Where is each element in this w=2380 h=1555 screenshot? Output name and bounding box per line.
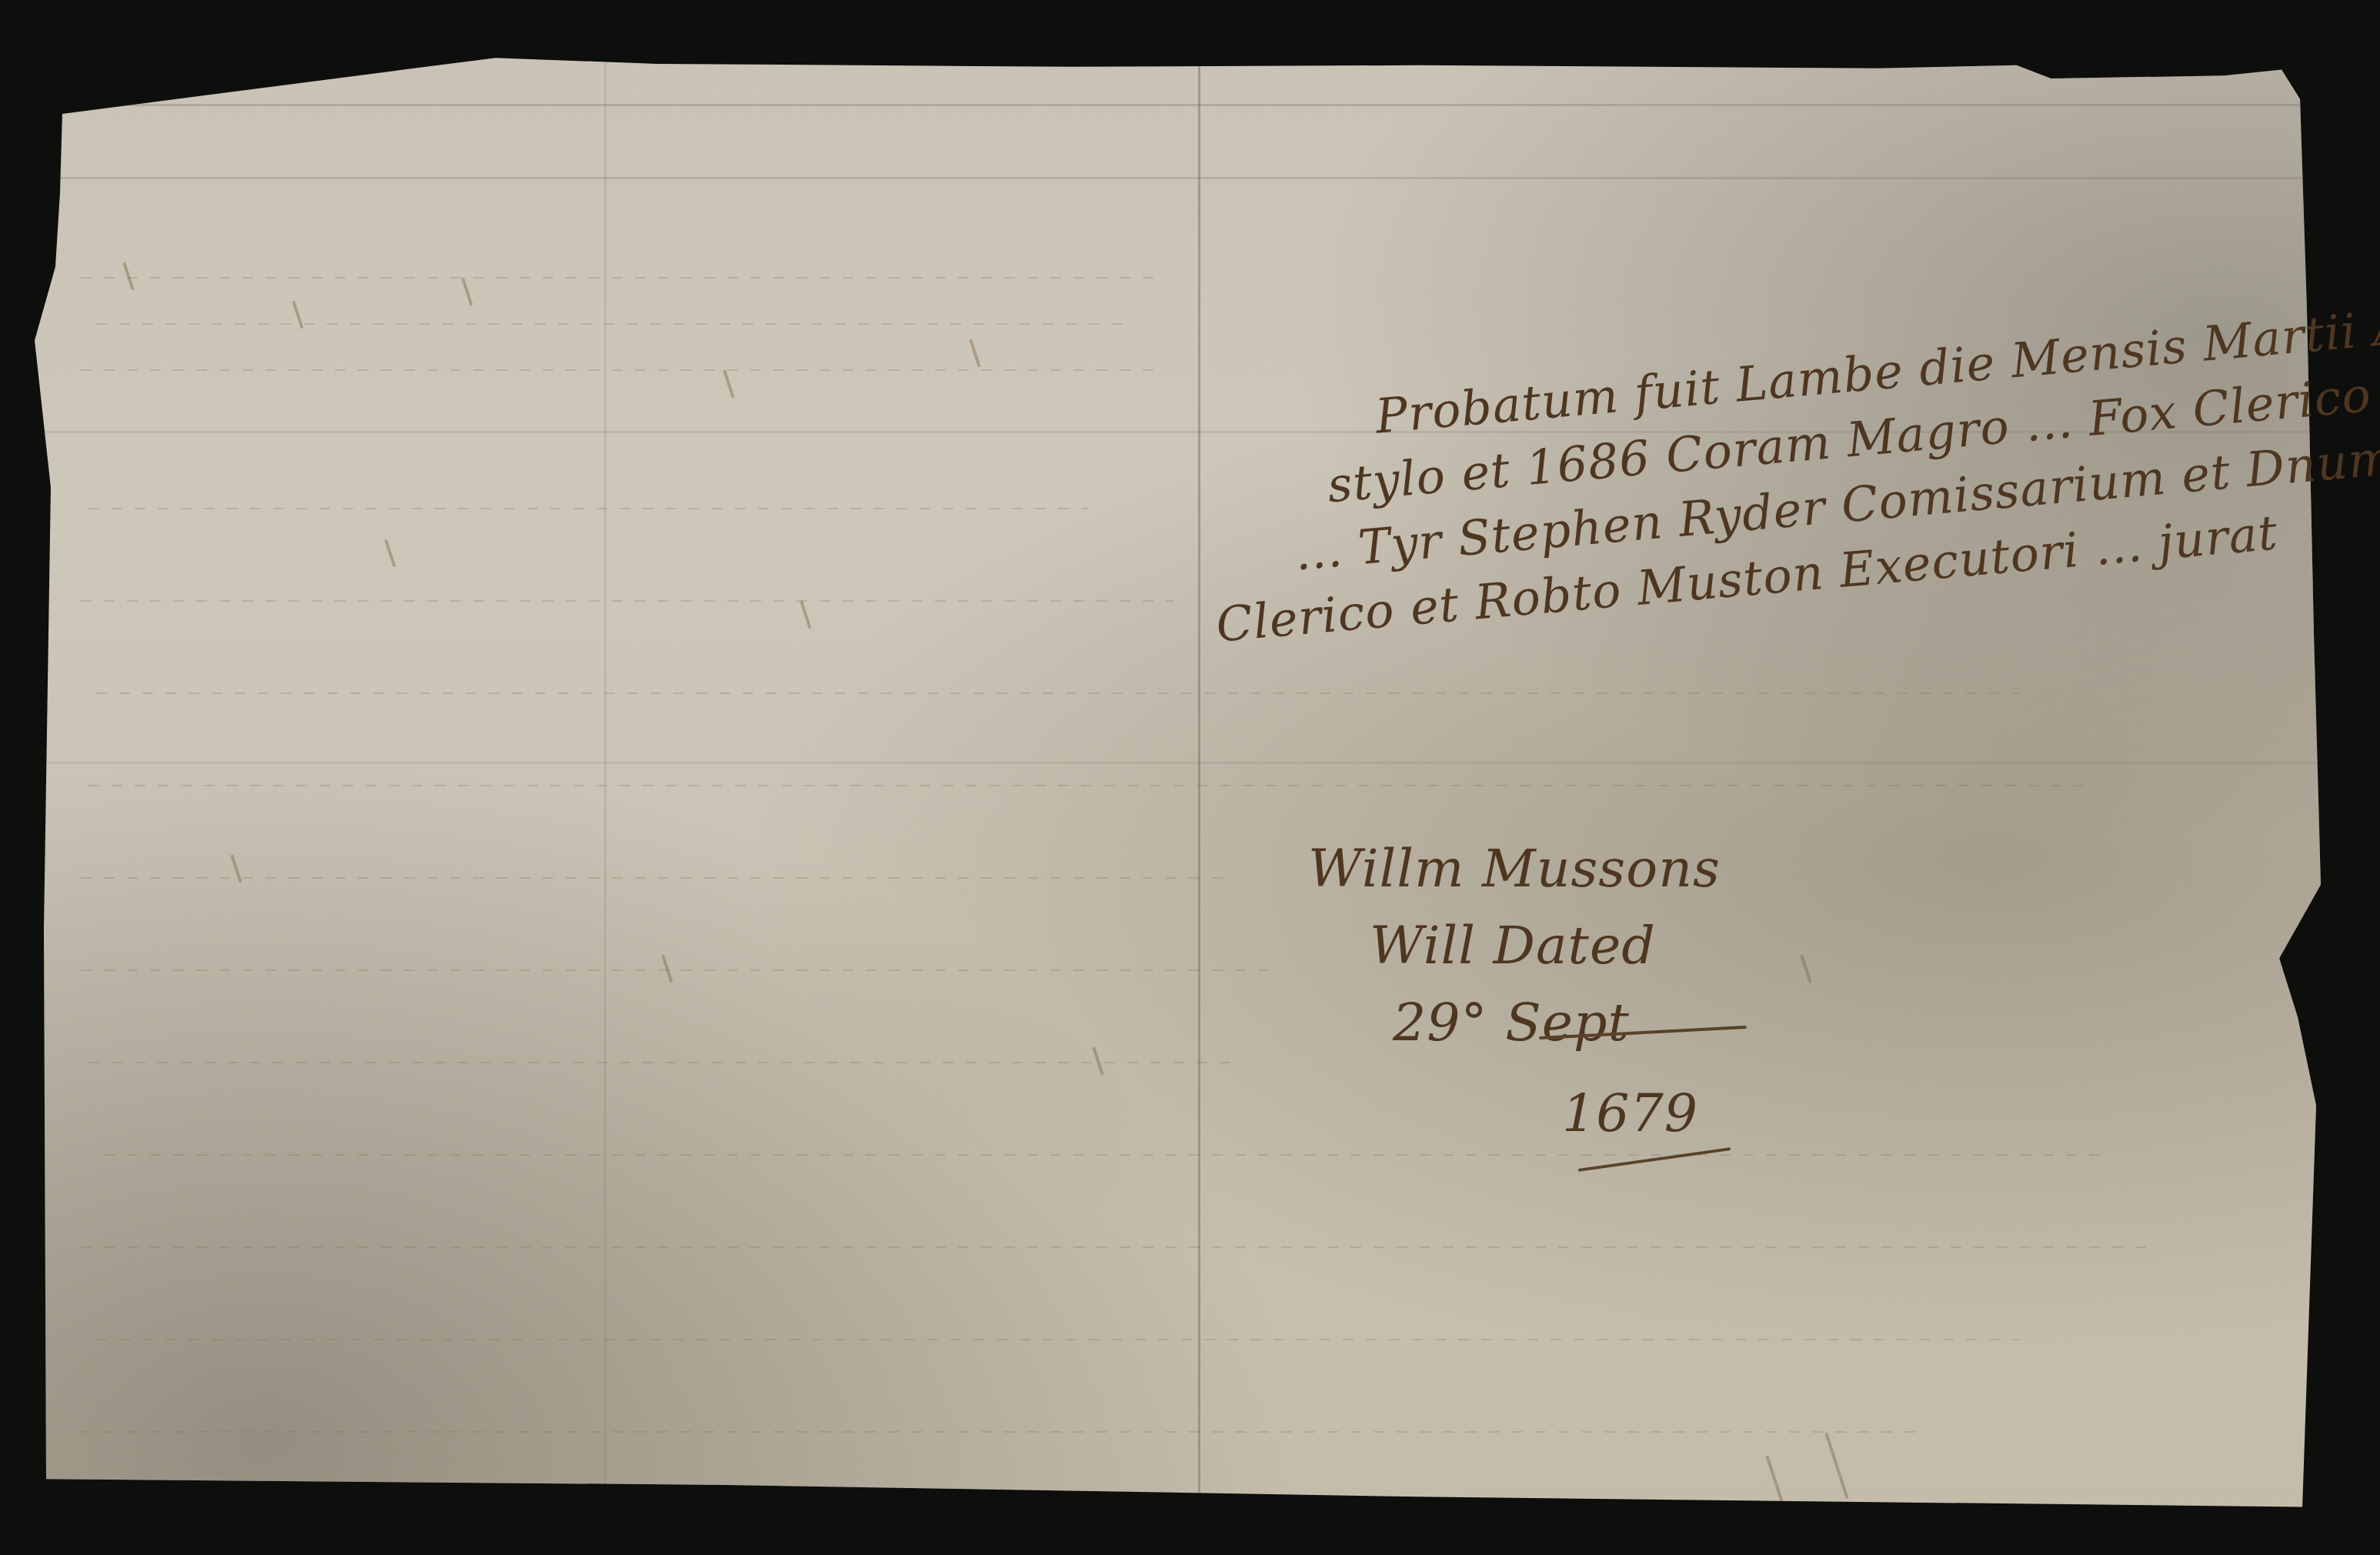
bleed-through-line [96, 692, 2020, 694]
bleed-stroke [1765, 1455, 1784, 1507]
bleed-stroke [1092, 1046, 1104, 1075]
bleed-stroke [230, 854, 242, 883]
bleed-stroke [384, 539, 396, 567]
bleed-through-line [88, 785, 2089, 786]
bleed-stroke [1800, 954, 1812, 983]
bleed-through-line [96, 323, 1135, 325]
horizontal-fold-crease-top [35, 104, 2339, 106]
document-photo: Probatum fuit Lambe die Mensis Martii An… [0, 0, 2380, 1555]
will-date: 29° Sept [1308, 985, 1721, 1062]
bleed-through-line [81, 1431, 1928, 1433]
horizontal-fold-crease [35, 177, 2339, 179]
bleed-stroke [292, 300, 304, 329]
bleed-through-line [81, 969, 1273, 971]
horizontal-fold-crease-lower [35, 762, 2339, 764]
vertical-fold-crease [1198, 46, 1200, 1517]
bleed-through-line [88, 508, 1089, 509]
bleed-through-line [81, 277, 1158, 279]
bleed-stroke [799, 600, 812, 629]
vertical-fold-crease-left [604, 46, 606, 1517]
docket-title: Will Dated [1308, 908, 1721, 985]
bleed-stroke [969, 339, 981, 367]
will-year: 1679 [1308, 1076, 1721, 1153]
bleed-through-line [96, 1339, 2020, 1340]
bleed-stroke [122, 262, 135, 290]
bleed-through-line [104, 1154, 2105, 1156]
bleed-through-line [81, 600, 1173, 602]
bleed-through-line [81, 877, 1235, 879]
bleed-through-line [81, 1246, 2158, 1248]
bleed-stroke [1824, 1433, 1849, 1500]
manuscript-sheet [35, 46, 2339, 1517]
will-docket: Willm Mussons Will Dated 29° Sept 1679 [1308, 831, 1721, 1153]
bleed-through-line [88, 1062, 1243, 1063]
bleed-stroke [461, 277, 473, 305]
bleed-stroke [723, 369, 735, 398]
bleed-stroke [661, 954, 673, 983]
testator-name: Willm Mussons [1308, 831, 1721, 908]
bleed-through-line [81, 369, 1158, 371]
